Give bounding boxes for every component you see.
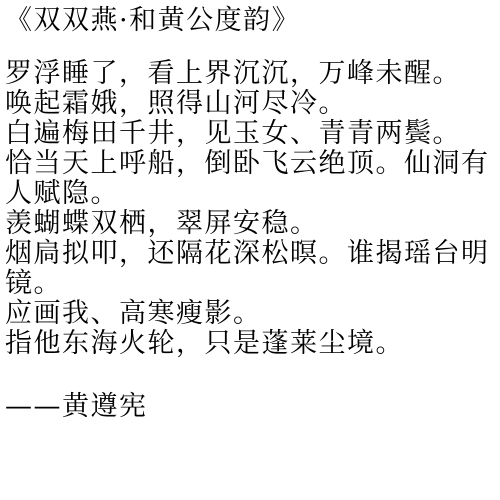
- poem-title: 《双双燕·和黄公度韵》: [5, 6, 500, 36]
- poem-line: 应画我、高寒瘦影。: [5, 299, 500, 329]
- poem-line: 羡蝴蝶双栖，翠屏安稳。: [5, 209, 500, 239]
- poem-line: 唤起霜娥，照得山河尽冷。: [5, 89, 500, 119]
- poem-line: 恰当天上呼船，倒卧飞云绝顶。仙洞有人赋隐。: [5, 149, 500, 209]
- poem-line: 白遍梅田千井，见玉女、青青两鬓。: [5, 119, 500, 149]
- poem-line: 烟扃拟叩，还隔花深松暝。谁揭瑶台明镜。: [5, 239, 500, 299]
- poem-page: 《双双燕·和黄公度韵》 罗浮睡了，看上界沉沉，万峰未醒。 唤起霜娥，照得山河尽冷…: [0, 0, 500, 500]
- poem-line: 指他东海火轮，只是蓬莱尘境。: [5, 329, 500, 359]
- poem-attribution: ——黄遵宪: [5, 392, 500, 422]
- poem-line: 罗浮睡了，看上界沉沉，万峰未醒。: [5, 59, 500, 89]
